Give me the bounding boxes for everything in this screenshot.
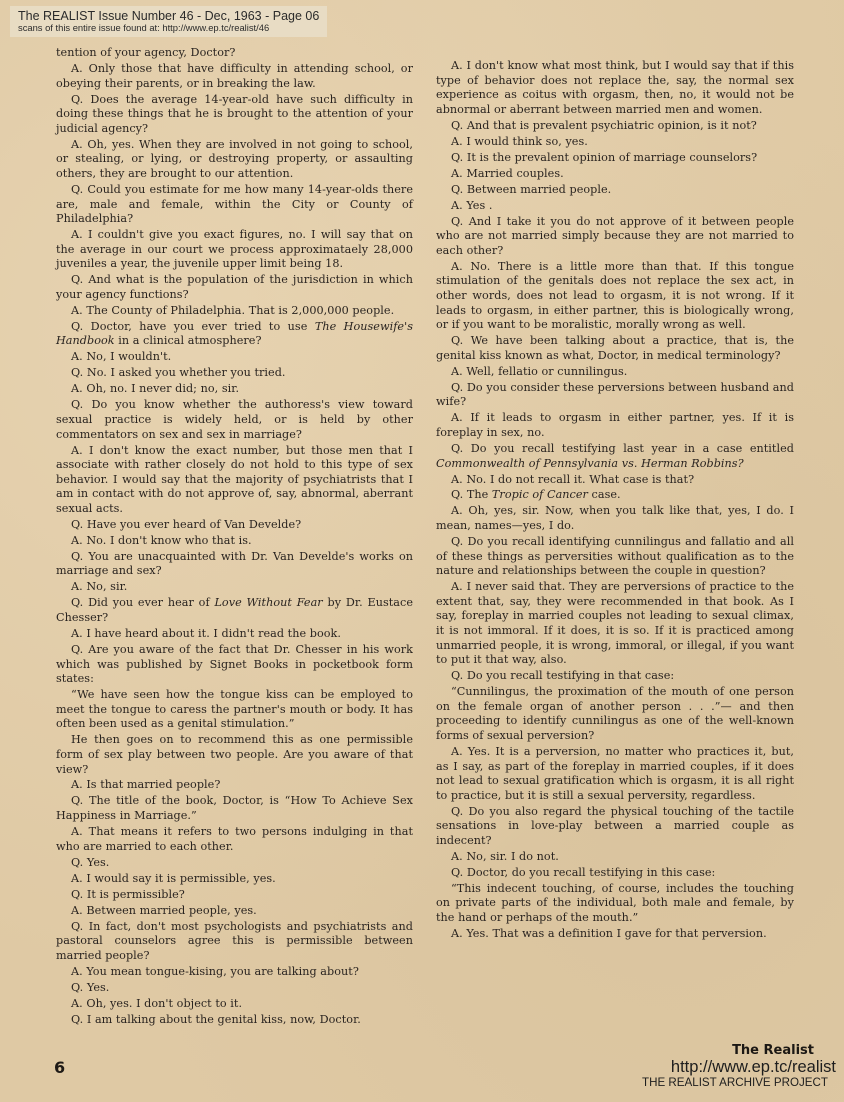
paragraph: Q. We have been talking about a practice… — [436, 334, 794, 363]
paragraph: Q. You are unacquainted with Dr. Van Dev… — [56, 550, 413, 579]
paragraph: Q. It is permissible? — [56, 888, 413, 903]
paragraph: He then goes on to recommend this as one… — [56, 733, 413, 777]
paragraph: “We have seen how the tongue kiss can be… — [56, 688, 413, 732]
right-column: A. I don't know what most think, but I w… — [436, 59, 794, 943]
paragraph: A. No, sir. I do not. — [436, 850, 794, 865]
paragraph: A. You mean tongue-kising, you are talki… — [56, 965, 413, 980]
paragraph: Q. Do you recall testifying last year in… — [436, 442, 794, 471]
paragraph: A. No, I wouldn't. — [56, 350, 413, 365]
paragraph-text: case. — [588, 488, 621, 501]
paragraph: A. No. I don't know who that is. — [56, 534, 413, 549]
paragraph-text: in a clinical atmosphere? — [115, 334, 262, 347]
paragraph: Q. Doctor, do you recall testifying in t… — [436, 866, 794, 881]
footer-url-link[interactable]: http://www.ep.tc/realist — [642, 1058, 836, 1076]
paragraph: Q. Could you estimate for me how many 14… — [56, 183, 413, 227]
paragraph-text: Q. The — [451, 488, 492, 501]
paragraph: A. I never said that. They are perversio… — [436, 580, 794, 668]
paragraph: Q. And I take it you do not approve of i… — [436, 215, 794, 259]
page-number: 6 — [54, 1058, 65, 1077]
paragraph: Q. Yes. — [56, 981, 413, 996]
paragraph: “This indecent touching, of course, incl… — [436, 882, 794, 926]
paragraph: Q. The title of the book, Doctor, is “Ho… — [56, 794, 413, 823]
paragraph-text: Q. Did you ever hear of — [71, 596, 214, 609]
paragraph: A. Oh, yes, sir. Now, when you talk like… — [436, 504, 794, 533]
scan-subtitle: scans of this entire issue found at: htt… — [18, 23, 319, 34]
paragraph: Q. Do you recall identifying cunnilingus… — [436, 535, 794, 579]
paragraph: A. I would say it is permissible, yes. — [56, 872, 413, 887]
paragraph: A. Only those that have difficulty in at… — [56, 62, 413, 91]
footer-project: THE REALIST ARCHIVE PROJECT — [642, 1076, 828, 1090]
paragraph: A. Yes. That was a definition I gave for… — [436, 927, 794, 942]
paragraph: Q. Are you aware of the fact that Dr. Ch… — [56, 643, 413, 687]
paragraph: A. No. I do not recall it. What case is … — [436, 473, 794, 488]
paragraph: A. Married couples. — [436, 167, 794, 182]
paragraph: A. No. There is a little more than that.… — [436, 260, 794, 333]
paragraph: Q. The Tropic of Cancer case. — [436, 488, 794, 503]
italic-title: Commonwealth of Pennsylvania vs. Herman … — [436, 457, 744, 470]
paragraph: Q. Do you also regard the physical touch… — [436, 805, 794, 849]
paragraph: Q. Yes. — [56, 856, 413, 871]
paragraph: Q. And what is the population of the jur… — [56, 273, 413, 302]
paragraph: A. The County of Philadelphia. That is 2… — [56, 304, 413, 319]
footer: The Realist http://www.ep.tc/realist THE… — [642, 1043, 836, 1090]
paragraph: A. If it leads to orgasm in either partn… — [436, 411, 794, 440]
paragraph: A. I would think so, yes. — [436, 135, 794, 150]
paragraph: Q. Doctor, have you ever tried to use Th… — [56, 320, 413, 349]
paragraph: A. Oh, no. I never did; no, sir. — [56, 382, 413, 397]
paragraph: Q. And that is prevalent psychiatric opi… — [436, 119, 794, 134]
footer-brand: The Realist — [642, 1043, 814, 1058]
paragraph: A. Between married people, yes. — [56, 904, 413, 919]
paragraph: Q. Do you know whether the authoress's v… — [56, 398, 413, 442]
paragraph: Q. Have you ever heard of Van Develde? — [56, 518, 413, 533]
paragraph: A. Is that married people? — [56, 778, 413, 793]
paragraph-text: Q. Do you recall testifying last year in… — [451, 442, 794, 455]
paragraph: tention of your agency, Doctor? — [56, 46, 413, 61]
left-column: tention of your agency, Doctor?A. Only t… — [56, 46, 413, 1029]
paragraph: A. I don't know what most think, but I w… — [436, 59, 794, 117]
paragraph: A. I couldn't give you exact figures, no… — [56, 228, 413, 272]
paragraph: Q. Do you recall testifying in that case… — [436, 669, 794, 684]
paragraph: Q. Does the average 14-year-old have suc… — [56, 93, 413, 137]
paragraph: Q. Did you ever hear of Love Without Fea… — [56, 596, 413, 625]
paragraph: A. That means it refers to two persons i… — [56, 825, 413, 854]
scan-title: The REALIST Issue Number 46 - Dec, 1963 … — [18, 9, 319, 23]
paragraph: “Cunnilingus, the proximation of the mou… — [436, 685, 794, 743]
paragraph: A. No, sir. — [56, 580, 413, 595]
paragraph: Q. It is the prevalent opinion of marria… — [436, 151, 794, 166]
paragraph: Q. Between married people. — [436, 183, 794, 198]
paragraph: A. I don't know the exact number, but th… — [56, 444, 413, 517]
italic-title: Tropic of Cancer — [492, 488, 588, 501]
paragraph: A. Yes . — [436, 199, 794, 214]
paragraph: Q. In fact, don't most psychologists and… — [56, 920, 413, 964]
paragraph: Q. Do you consider these perversions bet… — [436, 381, 794, 410]
paragraph: A. Oh, yes. I don't object to it. — [56, 997, 413, 1012]
paragraph-text: Q. Doctor, have you ever tried to use — [71, 320, 315, 333]
scan-header: The REALIST Issue Number 46 - Dec, 1963 … — [10, 6, 327, 37]
paragraph: Q. I am talking about the genital kiss, … — [56, 1013, 413, 1028]
paragraph: Q. No. I asked you whether you tried. — [56, 366, 413, 381]
paragraph: A. Oh, yes. When they are involved in no… — [56, 138, 413, 182]
paragraph: A. I have heard about it. I didn't read … — [56, 627, 413, 642]
paragraph: A. Well, fellatio or cunnilingus. — [436, 365, 794, 380]
italic-title: Love Without Fear — [214, 596, 322, 609]
paragraph: A. Yes. It is a perversion, no matter wh… — [436, 745, 794, 803]
